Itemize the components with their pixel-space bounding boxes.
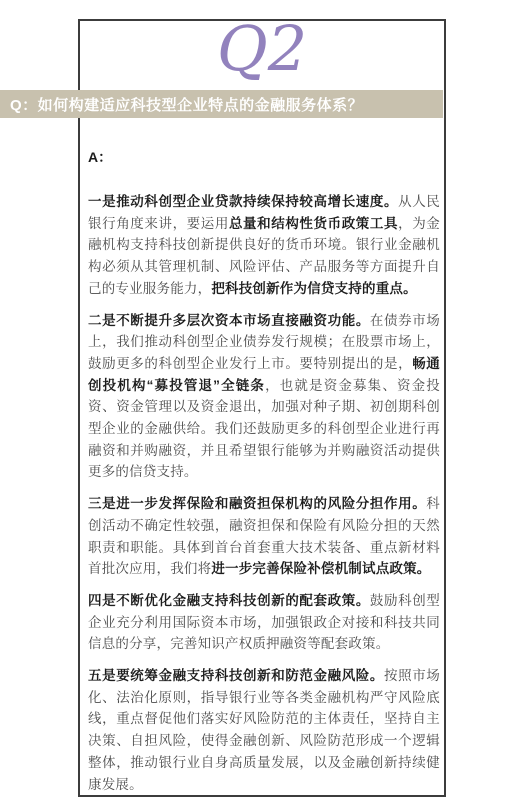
body-text: 按照市场化、法治化原则，指导银行业等各类金融机构严守风险底线，重点督促他们落实好… (88, 668, 440, 792)
emphasis-text: 二是不断提升多层次资本市场直接融资功能。 (88, 313, 370, 328)
q2-logo: Q2 (78, 10, 446, 88)
question-label: Q：如何构建适应科技型企业特点的金融服务体系？ (10, 94, 363, 115)
emphasis-text: 四是不断优化金融支持科技创新的配套政策。 (88, 593, 370, 608)
emphasis-text: 五是要统筹金融支持科技创新和防范金融风险。 (88, 668, 384, 683)
question-bar: Q：如何构建适应科技型企业特点的金融服务体系？ (0, 90, 443, 118)
answer-label: A： (88, 147, 440, 167)
answer-paragraph: 一是推动科创型企业贷款持续保持较高增长速度。从人民银行角度来讲，要运用总量和结构… (88, 191, 440, 300)
answer-paragraph: 五是要统筹金融支持科技创新和防范金融风险。按照市场化、法治化原则，指导银行业等各… (88, 665, 440, 795)
answer-section: A： 一是推动科创型企业贷款持续保持较高增长速度。从人民银行角度来讲，要运用总量… (88, 147, 440, 795)
emphasis-text: 把科技创新作为信贷支持的重点。 (211, 281, 417, 296)
answer-paragraph: 三是进一步发挥保险和融资担保机构的风险分担作用。科创活动不确定性较强，融资担保和… (88, 493, 440, 580)
answer-paragraph: 四是不断优化金融支持科技创新的配套政策。鼓励科创型企业充分利用国际资本市场，加强… (88, 590, 440, 655)
answer-paragraph: 二是不断提升多层次资本市场直接融资功能。在债券市场上，我们推动科创型企业债券发行… (88, 310, 440, 484)
emphasis-text: 总量和结构性货币政策工具 (229, 216, 398, 231)
answer-paragraphs: 一是推动科创型企业贷款持续保持较高增长速度。从人民银行角度来讲，要运用总量和结构… (88, 191, 440, 795)
emphasis-text: 一是推动科创型企业贷款持续保持较高增长速度。 (88, 194, 398, 209)
emphasis-text: 三是进一步发挥保险和融资担保机构的风险分担作用。 (88, 496, 426, 511)
emphasis-text: 进一步完善保险补偿机制试点政策。 (211, 561, 430, 576)
article-page: Q2 Q：如何构建适应科技型企业特点的金融服务体系？ A： 一是推动科创型企业贷… (0, 0, 523, 811)
